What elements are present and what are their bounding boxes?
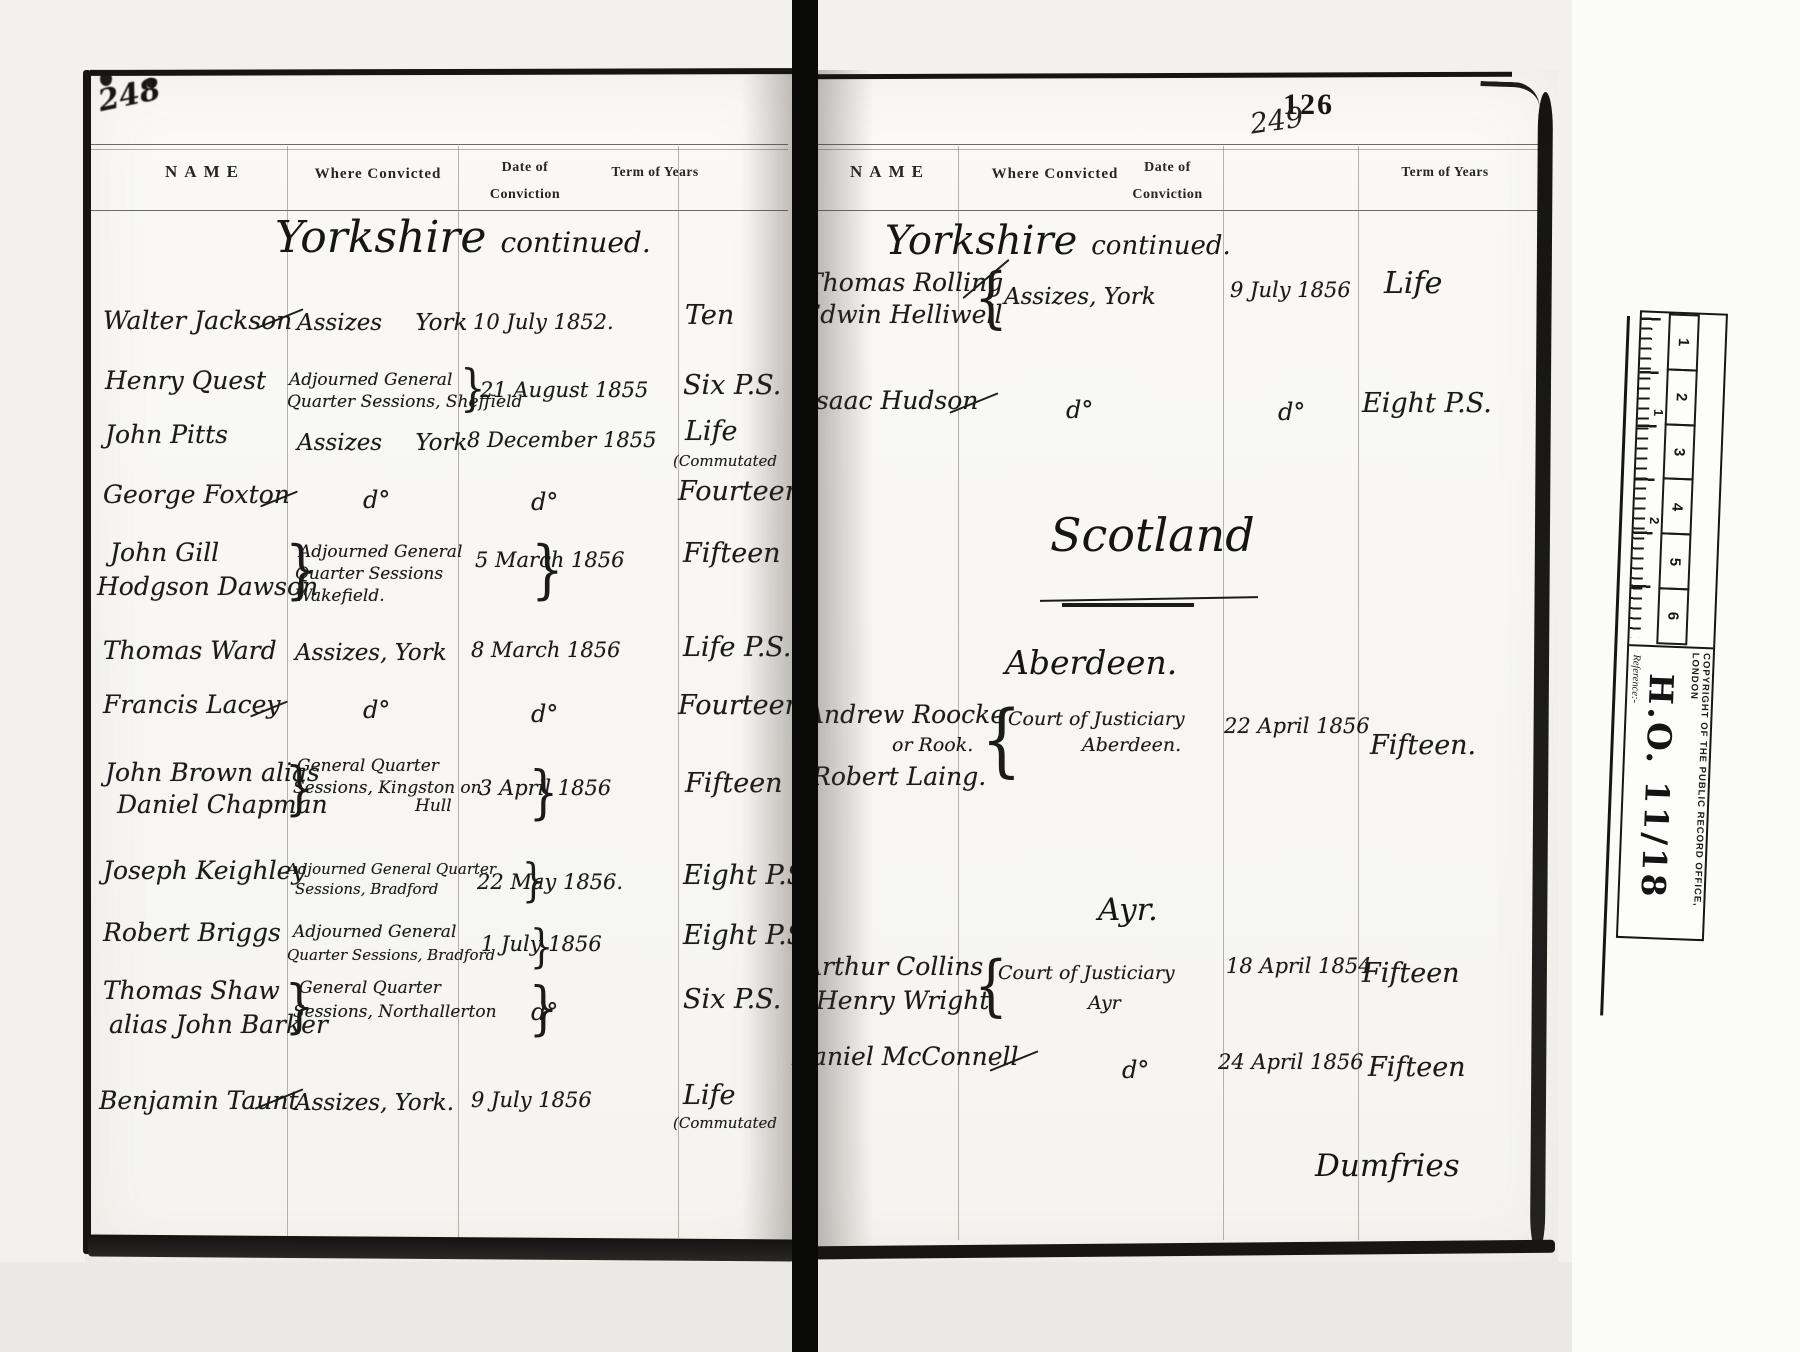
conviction-date-ditto: d° [531,488,558,516]
conviction-date-ditto: d° [531,700,558,728]
conviction-date: 24 April 1856 [1218,1050,1364,1074]
heading-underline [1062,603,1194,607]
heading-underline [1040,596,1258,602]
where-convicted: General Quarter [297,756,439,776]
reference-label: Reference:- [1629,654,1642,703]
convict-name: Robert Briggs [103,918,281,947]
where-convicted-ditto: d° [363,696,390,724]
right-page: NAME Where Convicted Date ofConviction T… [800,70,1558,1262]
section-heading-suffix: continued. [500,226,650,259]
where-convicted: Assizes, York [295,640,447,666]
conviction-date: 9 July 1856 [1230,278,1351,302]
column-header-where: Where Convicted [293,166,463,183]
header-rule [810,149,1538,150]
where-convicted: Sessions, Northallerton [293,1002,497,1022]
where-convicted: Quarter Sessions, Bradford [287,946,495,964]
term-of-years: Eight P.S. [1362,388,1492,419]
header-rule [91,210,788,211]
conviction-date-ditto: d° [1278,398,1305,426]
ruler-box: 1 [1667,313,1700,371]
column-header-term: Term of Years [1370,164,1520,180]
reference-number: H.O. 11/18 [1633,673,1681,901]
ruler-inch-label: 2 [1647,517,1662,525]
ruler-box-number: 5 [1666,557,1683,566]
convict-name: Walter Jackson [103,306,292,335]
term-of-years: Life [1384,266,1442,301]
ruler-box: 4 [1660,478,1693,536]
term-of-years: Life [683,1080,736,1111]
where-convicted: Hull [415,796,452,816]
where-convicted: Adjourned General Quarter [287,860,496,878]
ruler-graduations: 1 2 1 2 3 4 5 6 [1629,312,1726,649]
where-convicted: Assizes York [297,430,467,456]
term-of-years: Life [685,416,738,447]
column-header-date: Date ofConviction [1105,154,1230,208]
conviction-date: 10 July 1852. [473,310,614,334]
section-heading-scotland: Scotland [1050,508,1255,562]
where-convicted: Aberdeen. [1082,734,1181,756]
date-header-line1: Date of [1144,160,1191,175]
conviction-date: 8 March 1856 [471,638,621,662]
date-header-line1: Date of [502,160,549,175]
fold-shadow [742,70,792,1260]
ruler-box-number: 2 [1673,393,1690,402]
section-heading-place: Yorkshire [885,218,1077,264]
scanned-register-spread: NAME Where Convicted Date ofConviction T… [0,0,1800,1352]
where-convicted-ditto: d° [363,486,390,514]
section-heading-dumfries: Dumfries [1315,1148,1460,1184]
where-convicted: Adjourned General [293,922,456,942]
date-header-line2: Conviction [490,187,560,202]
convict-name-alias: or Rook. [892,734,973,756]
section-heading-yorkshire: Yorkshire continued. [885,218,1231,264]
section-heading-place: Yorkshire [275,212,486,263]
header-rule [810,210,1538,211]
ruler-box-number: 1 [1675,338,1692,347]
section-heading-aberdeen: Aberdeen. [1005,643,1177,682]
term-of-years: Fifteen. [1370,730,1476,761]
where-convicted: Wakefield. [295,586,385,606]
fold-shadow [818,70,873,1260]
convict-name: Thomas Shaw [103,976,280,1005]
section-heading-yorkshire: Yorkshire continued. [275,212,651,263]
conviction-date: 5 March 1856 [475,548,625,572]
header-rule [91,144,788,145]
convict-name: Henry Quest [105,366,266,395]
column-header-name: NAME [115,162,295,182]
column-header-term: Term of Years [590,164,720,180]
left-page: NAME Where Convicted Date ofConviction T… [85,70,792,1262]
ruler-box-number: 6 [1664,612,1681,621]
convict-name: John Gill [110,538,219,567]
where-convicted: Assizes, York [1004,284,1156,310]
ruler-box: 2 [1665,368,1698,426]
where-convicted: Adjourned General [299,542,462,562]
where-convicted: Adjourned General [289,370,452,390]
ruler-box: 5 [1658,533,1691,591]
section-heading-suffix: continued. [1091,231,1231,261]
column-header-date: Date ofConviction [465,154,585,208]
brace: { [974,268,1008,327]
ruler-box-number: 4 [1668,502,1685,511]
conviction-date: 1 July 1856 [481,932,602,956]
convict-name: Benjamin Taunt [99,1086,299,1115]
ruler-box-number: 3 [1670,447,1687,456]
where-convicted-ditto: d° [1066,396,1093,424]
book-fold [792,0,818,1352]
conviction-date: 8 December 1855 [467,428,656,452]
scanner-background-bottom [0,1262,1572,1352]
where-convicted: Ayr [1088,992,1121,1014]
conviction-date: 21 August 1855 [480,378,648,402]
ruler-box: 3 [1663,423,1696,481]
conviction-date-ditto: d° [531,998,558,1026]
term-of-years: Ten [685,300,734,331]
where-convicted: Quarter Sessions [295,564,443,584]
where-convicted: Assizes, York. [295,1090,454,1116]
where-convicted: Assizes York [297,310,467,336]
where-convicted: Sessions, Bradford [295,880,438,898]
convict-name: Thomas Ward [103,636,277,665]
ruler-inch-label: 1 [1651,409,1666,417]
conviction-date: 9 July 1856 [471,1088,592,1112]
conviction-date: 22 April 1856 [1224,714,1370,738]
ruler-number-boxes: 1 2 3 4 5 6 [1656,313,1700,645]
where-convicted: Court of Justiciary [1008,708,1185,730]
term-of-years: Fifteen [1362,958,1460,989]
date-header-line2: Conviction [1132,187,1202,202]
convict-name: Joseph Keighley [103,856,306,885]
conviction-date: 22 May 1856. [477,870,623,894]
section-heading-ayr: Ayr. [1098,892,1158,928]
conviction-date: 18 April 1854 [1226,954,1372,978]
header-rule [91,149,788,150]
ruler-box: 6 [1656,587,1689,645]
header-rule [810,144,1538,145]
page-edge-left [83,70,91,1254]
where-convicted: General Quarter [299,978,441,998]
stamp-text-section: COPYRIGHT OF THE PUBLIC RECORD OFFICE, L… [1618,646,1713,938]
conviction-date: 3 April 1856 [479,776,611,800]
where-convicted-ditto: d° [1122,1056,1149,1084]
convict-name: John Pitts [105,420,228,449]
where-convicted: Court of Justiciary [998,962,1175,984]
column-rule [1223,146,1224,1240]
term-of-years: Fifteen [1368,1052,1466,1083]
column-rule [1358,146,1359,1240]
where-convicted: Sessions, Kingston on [293,778,482,798]
